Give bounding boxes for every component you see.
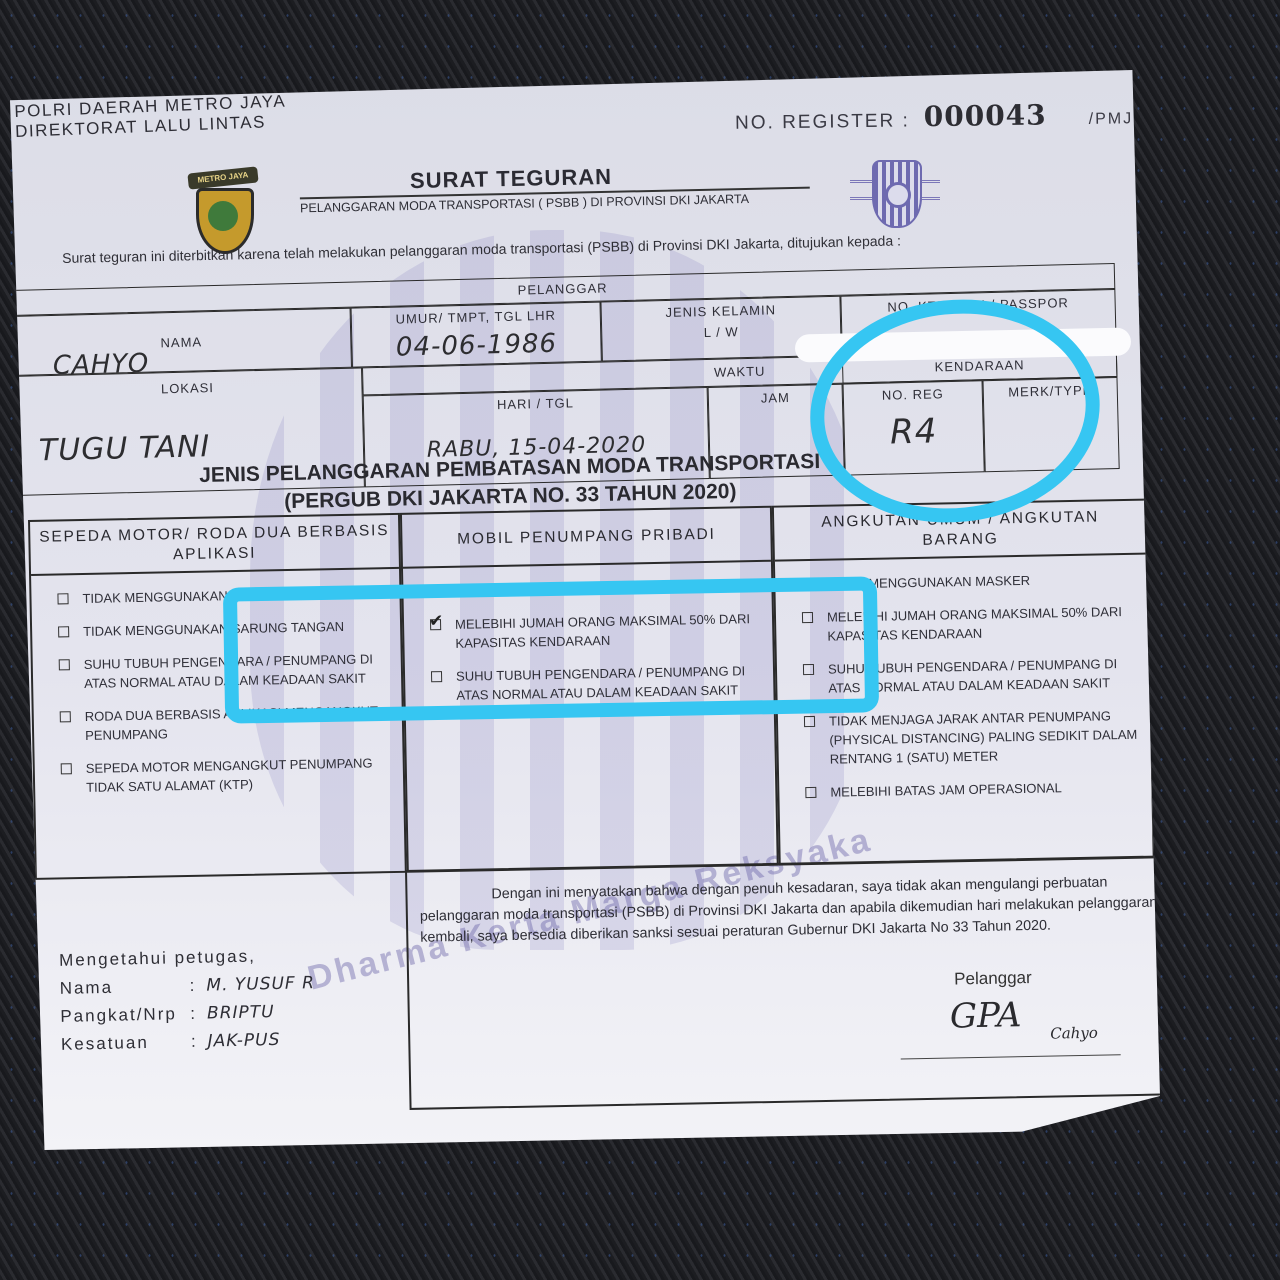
shield-icon [196,188,254,254]
checkbox[interactable] [60,711,71,722]
officer-nama-row: Nama:M. YUSUF R [59,969,315,1003]
lantas-emblem-icon [850,160,940,230]
register-value: 000043 [924,98,1047,133]
register-number: NO. REGISTER : 000043 /PMJ [735,97,1134,136]
hari-tgl-label: HARI / TGL [364,392,707,415]
statement-text: Dengan ini menyatakan bahwa dengan penuh… [407,857,1174,949]
umur-cell: UMUR/ TMPT, TGL LHR 04-06-1986 [351,302,602,368]
nama-cell: NAMA CAHYO [11,308,352,376]
officer-kesatuan-row: Kesatuan:JAK-PUS [61,1025,317,1059]
checkbox[interactable] [61,763,72,774]
statement-box: Dengan ini menyatakan bahwa dengan penuh… [405,855,1179,1110]
checkbox[interactable] [59,659,70,670]
signature-line [901,1054,1121,1059]
striped-shield-icon [872,160,922,228]
logo-banner-text: METRO JAYA [187,166,258,189]
violation-item[interactable]: SEPEDA MOTOR MENGANGKUT PENUMPANG TIDAK … [61,753,396,797]
register-suffix: /PMJ [1089,110,1134,129]
checkbox[interactable] [805,787,816,798]
signature-name: Cahyo [1050,1024,1098,1043]
violation-item[interactable]: TIDAK MENJAGA JARAK ANTAR PENUMPANG (PHY… [804,706,1143,769]
checkbox[interactable] [58,626,69,637]
polda-metro-jaya-logo-icon: METRO JAYA [188,170,258,256]
officer-details: Mengetahui petugas, Nama:M. YUSUF R Pang… [59,941,317,1059]
column-title: SEPEDA MOTOR/ RODA DUA BERBASIS APLIKASI [30,515,399,576]
officer-pangkat-value: BRIPTU [207,998,275,1028]
signer-label: Pelanggar [954,968,1032,989]
highlight-rectangle-violation [223,576,879,723]
officer-nama-value: M. YUSUF R [206,969,315,999]
officer-kesatuan-value: JAK-PUS [207,1026,280,1056]
checkbox[interactable] [57,593,68,604]
umur-value: 04-06-1986 [352,328,601,364]
issuing-organization: POLRI DAERAH METRO JAYA DIREKTORAT LALU … [14,92,287,142]
document-title: SURAT TEGURAN [410,164,613,194]
jenis-kelamin-label: JENIS KELAMIN [602,301,840,322]
violation-item[interactable]: MELEBIHI BATAS JAM OPERASIONAL [805,777,1143,802]
signature-mark: GPA [950,995,1022,1036]
checkbox[interactable] [804,716,815,727]
lokasi-label: LOKASI [13,376,361,399]
register-label: NO. REGISTER : [735,110,910,134]
column-title: MOBIL PENUMPANG PRIBADI [402,508,771,569]
umur-label: UMUR/ TMPT, TGL LHR [352,307,600,328]
